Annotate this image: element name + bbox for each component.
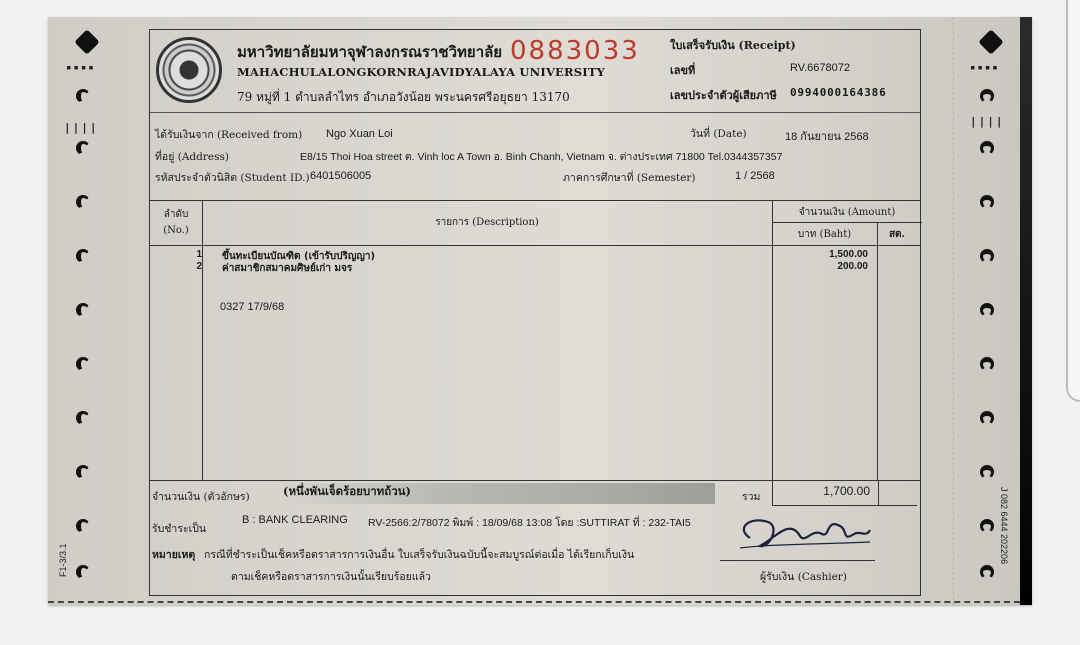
col-no-th: ลำดับ — [150, 207, 202, 222]
tick-marks: ▪▪▪▪ — [66, 63, 96, 73]
col-baht: บาท (Baht) — [772, 227, 877, 242]
feed-hole-icon — [980, 141, 994, 155]
header-divider — [150, 245, 920, 246]
viewer-side-panel-edge[interactable] — [1066, 0, 1080, 402]
column-divider — [772, 201, 773, 481]
col-satang: สต. — [877, 227, 917, 242]
feed-hole-icon — [980, 195, 994, 209]
feed-hole-icon — [76, 411, 90, 425]
total-row: จำนวนเงิน (ตัวอักษร) (หนึ่งพันเจ็ดร้อยบา… — [150, 480, 920, 507]
items-table: ลำดับ (No.) รายการ (Description) จำนวนเง… — [150, 200, 920, 481]
receipt-number-label: เลขที่ — [670, 61, 695, 79]
feed-hole-icon — [980, 249, 994, 263]
feed-hole-icon — [980, 565, 994, 579]
university-name-th: มหาวิทยาลัยมหาจุฬาลงกรณราชวิทยาลัย — [237, 40, 502, 64]
column-divider — [877, 222, 878, 481]
date: 18 กันยายน 2568 — [785, 127, 869, 145]
handwritten-note: 0327 17/9/68 — [220, 301, 284, 313]
feed-hole-icon — [76, 357, 90, 371]
star-hole-icon — [978, 29, 1003, 54]
university-name-en: MAHACHULALONGKORNRAJAVIDYALAYA UNIVERSIT… — [237, 65, 605, 79]
left-perforation-strip: ▪▪▪▪ |||| F1-3/3.1 — [48, 17, 108, 605]
print-info: RV-2566:2/78072 พิมพ์ : 18/09/68 13:08 โ… — [368, 514, 691, 531]
tick-marks: |||| — [970, 115, 1005, 128]
feed-hole-icon — [980, 89, 994, 103]
cashier-label: ผู้รับเงิน (Cashier) — [760, 568, 847, 585]
row-number: 1 — [180, 249, 202, 260]
amount-in-words: (หนึ่งพันเจ็ดร้อยบาทถ้วน) — [283, 483, 411, 501]
col-amount: จำนวนเงิน (Amount) — [772, 205, 922, 220]
row-amount: 200.00 — [772, 261, 868, 272]
receipt-form: มหาวิทยาลัยมหาจุฬาลงกรณราชวิทยาลัย MAHAC… — [149, 29, 921, 596]
total-satang-box — [877, 481, 917, 506]
total-amount: 1,700.00 — [772, 484, 870, 498]
remark-line-1: กรณีที่ชำระเป็นเช็คหรือตราสารการเงินอื่น… — [204, 546, 634, 563]
address-label: ที่อยู่ (Address) — [155, 148, 229, 165]
tax-id-label: เลขประจำตัวผู้เสียภาษี — [670, 86, 777, 104]
col-no-en: (No.) — [150, 225, 202, 236]
signature-icon — [730, 508, 880, 558]
feed-hole-icon — [980, 411, 994, 425]
semester-label: ภาคการศึกษาที่ (Semester) — [563, 169, 695, 186]
feed-hole-icon — [76, 141, 90, 155]
bottom-perforation — [48, 601, 1020, 603]
address: E8/15 Thoi Hoa street ต. Vinh loc A Town… — [300, 148, 782, 165]
date-label: วันที่ (Date) — [690, 125, 747, 142]
payment-label: รับชำระเป็น — [152, 520, 206, 537]
received-from: Ngo Xuan Loi — [326, 128, 393, 140]
receipt-title: ใบเสร็จรับเงิน (Receipt) — [670, 36, 796, 54]
feed-hole-icon — [980, 519, 994, 533]
serial-number: 0883033 — [510, 36, 640, 66]
amount-in-words-label: จำนวนเงิน (ตัวอักษร) — [152, 488, 250, 505]
col-description: รายการ (Description) — [202, 215, 772, 230]
feed-hole-icon — [76, 249, 90, 263]
tax-id: 0994000164386 — [790, 86, 887, 99]
feed-hole-icon — [980, 465, 994, 479]
feed-hole-icon — [76, 303, 90, 317]
university-seal-icon — [156, 37, 222, 103]
right-perforation-strip: ▪▪▪▪ |||| J 082 6444 202206 — [953, 17, 1014, 605]
feed-hole-icon — [76, 195, 90, 209]
feed-hole-icon — [980, 303, 994, 317]
star-hole-icon — [74, 29, 99, 54]
student-id: 6401506005 — [310, 170, 371, 182]
row-amount: 1,500.00 — [772, 249, 868, 260]
dark-background-edge — [1020, 17, 1032, 605]
form-code: F1-3/3.1 — [58, 543, 68, 577]
side-code: J 082 6444 202206 — [999, 487, 1009, 564]
payment-method: B : BANK CLEARING — [242, 514, 348, 526]
signature-line — [720, 560, 875, 561]
tick-marks: ▪▪▪▪ — [970, 63, 1000, 73]
receipt-number: RV.6678072 — [790, 62, 850, 74]
row-number: 2 — [180, 261, 202, 272]
receipt-header: มหาวิทยาลัยมหาจุฬาลงกรณราชวิทยาลัย MAHAC… — [150, 30, 920, 113]
received-from-label: ได้รับเงินจาก (Received from) — [155, 126, 302, 143]
amount-header-divider — [772, 222, 922, 223]
remark-label: หมายเหตุ — [152, 546, 195, 563]
feed-hole-icon — [980, 357, 994, 371]
university-address: 79 หมู่ที่ 1 ตำบลลำไทร อำเภอวังน้อย พระน… — [237, 88, 570, 107]
receipt-photo: ▪▪▪▪ |||| F1-3/3.1 ▪▪▪▪ |||| J 082 6444 … — [48, 17, 1032, 605]
tick-marks: |||| — [64, 121, 99, 134]
row-description: ค่าสมาชิกสมาคมศิษย์เก่า มจร — [222, 261, 352, 276]
feed-hole-icon — [76, 565, 90, 579]
student-id-label: รหัสประจำตัวนิสิต (Student ID.) — [155, 169, 310, 186]
feed-hole-icon — [76, 89, 90, 103]
feed-hole-icon — [76, 465, 90, 479]
semester: 1 / 2568 — [735, 170, 775, 182]
column-divider — [202, 201, 203, 481]
remark-line-2: ตามเช็คหรือตราสารการเงินนั้นเรียบร้อยแล้… — [231, 568, 431, 585]
feed-hole-icon — [76, 519, 90, 533]
total-label: รวม — [742, 488, 760, 505]
